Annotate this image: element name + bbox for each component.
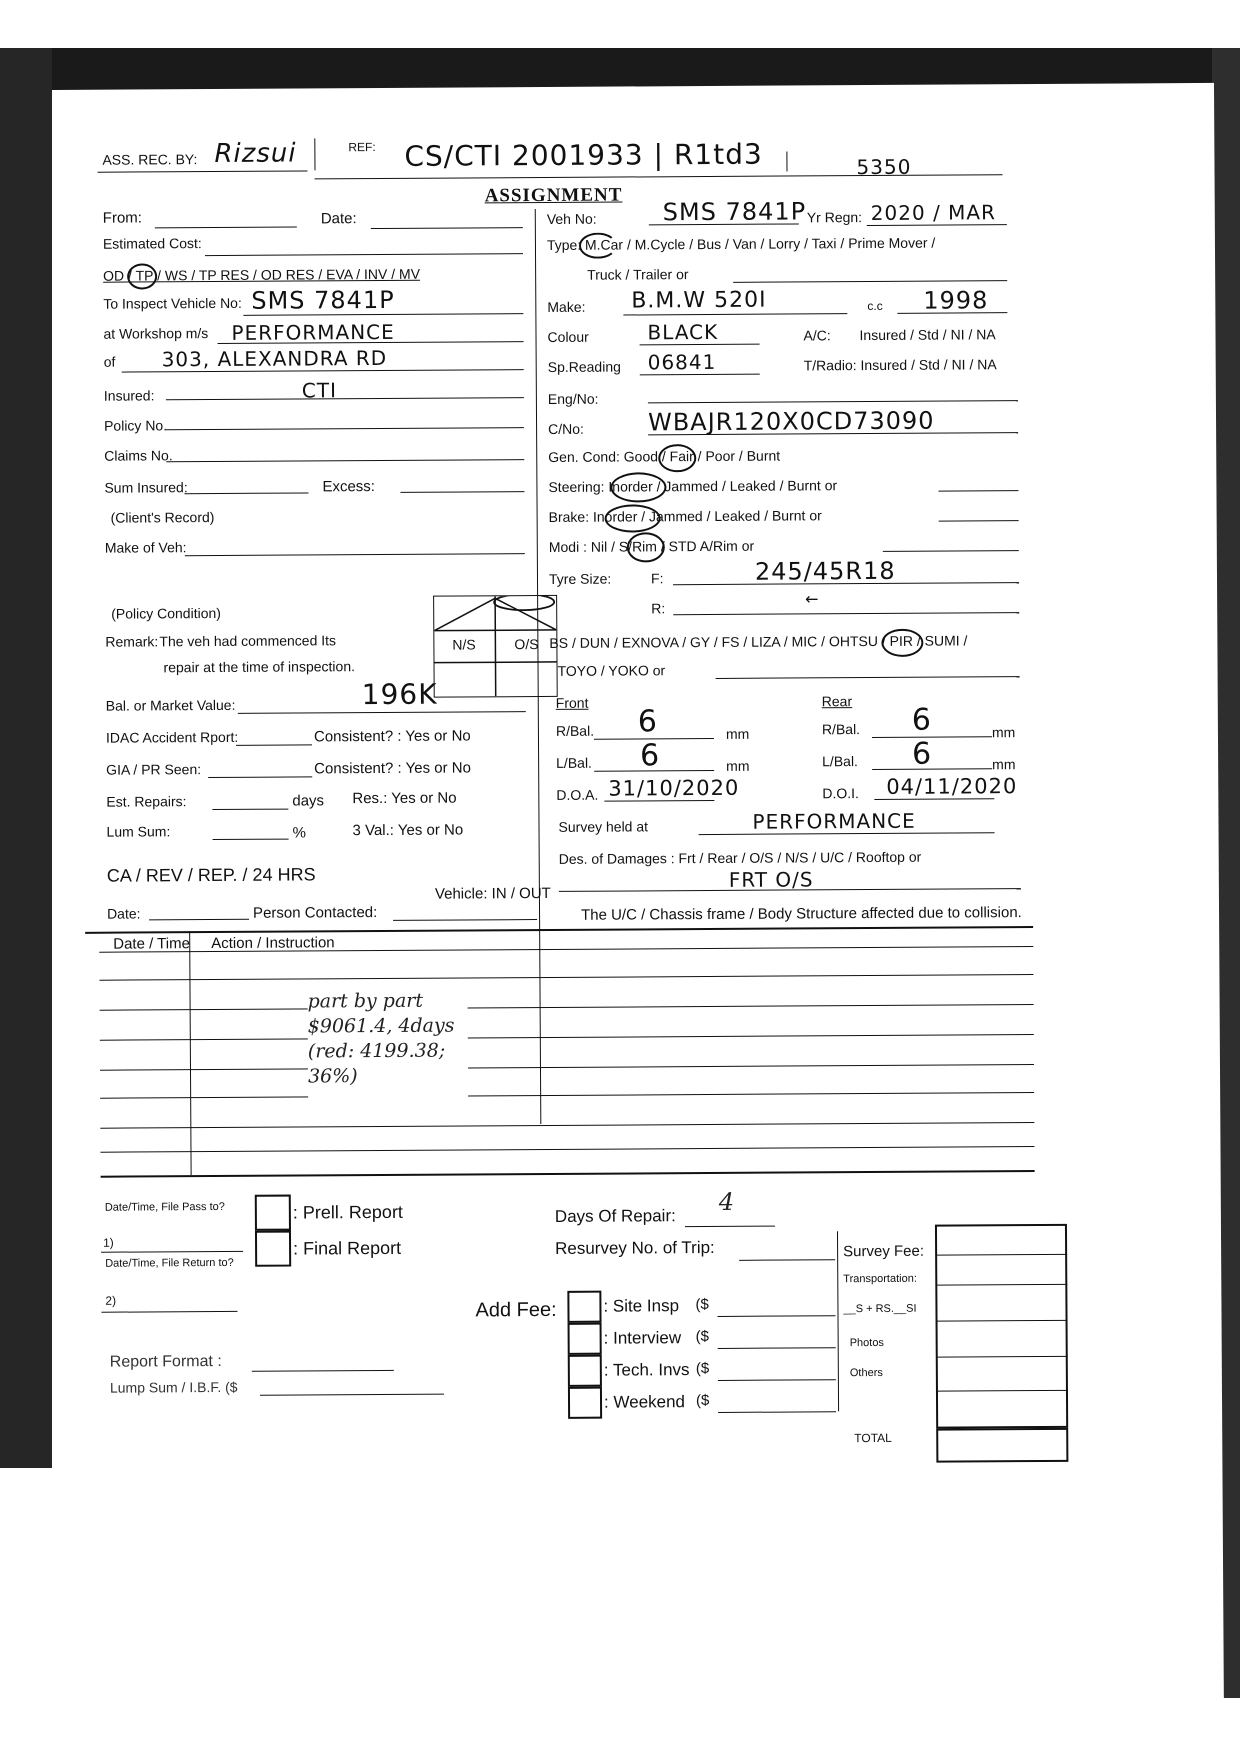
ac-label: A/C: — [803, 327, 830, 343]
market-value: 196K — [362, 678, 438, 711]
tech-invs-checkbox[interactable] — [568, 1355, 602, 1387]
modi-other-field[interactable] — [883, 550, 1019, 552]
doa-value: 31/10/2020 — [608, 776, 739, 801]
note-line: 36%) — [308, 1065, 358, 1087]
file-return-field[interactable] — [101, 1311, 237, 1313]
others-label: Others — [850, 1367, 883, 1379]
date2-label: Date: — [107, 905, 141, 921]
transportation-amount[interactable] — [937, 1284, 1067, 1286]
from-label: From: — [103, 209, 142, 226]
log-row[interactable] — [99, 974, 1033, 981]
file-pass-label: Date/Time, File Pass to? — [105, 1201, 225, 1214]
claims-no-label: Claims No. — [104, 447, 173, 463]
days-label: days — [292, 792, 324, 809]
weekend-amount[interactable] — [718, 1411, 836, 1413]
brake-other-field[interactable] — [939, 520, 1019, 521]
total-label: TOTAL — [854, 1431, 892, 1445]
policy-condition-label: (Policy Condition) — [111, 605, 221, 622]
form-title: ASSIGNMENT — [485, 185, 623, 208]
lum-sum-field[interactable] — [213, 839, 289, 840]
yr-regn-field[interactable] — [867, 224, 1007, 226]
make-value: B.M.W 520I — [631, 288, 766, 314]
cc-label: c.c — [867, 299, 882, 313]
rear-rbal-mm: mm — [992, 724, 1015, 740]
address-value: 303, ALEXANDRA RD — [162, 346, 388, 371]
doa-field[interactable] — [604, 800, 714, 802]
note-line: (red: 4199.38; — [308, 1040, 445, 1063]
insured-field[interactable] — [166, 397, 524, 400]
policy-no-label: Policy No. — [104, 417, 167, 433]
veh-no-value: SMS 7841P — [663, 197, 807, 226]
sum-insured-label: Sum Insured: — [104, 479, 187, 496]
note-block: part by part $9061.4, 4days (red: 4199.3… — [308, 989, 469, 1100]
lum-sum-label: Lum Sum: — [106, 823, 170, 839]
eng-no-field[interactable] — [648, 400, 1018, 403]
modi-selected-srim — [627, 532, 665, 562]
weekend-currency: ($ — [696, 1392, 709, 1409]
interview-amount[interactable] — [718, 1347, 836, 1349]
doi-label: D.O.I. — [822, 785, 859, 801]
site-insp-currency: ($ — [695, 1296, 708, 1313]
report-format-label: Report Format : — [110, 1353, 222, 1372]
sp-reading-label: Sp.Reading — [548, 359, 621, 375]
colour-label: Colour — [547, 329, 588, 345]
remark-line-2: repair at the time of inspection. — [163, 658, 355, 675]
three-val-yes-no[interactable]: 3 Val.: Yes or No — [352, 822, 463, 840]
inspect-vehicle-value: SMS 7841P — [251, 286, 395, 315]
rear-lbal-mm: mm — [992, 756, 1015, 772]
days-of-repair-field[interactable] — [685, 1226, 775, 1228]
market-value-field[interactable] — [238, 711, 526, 714]
from-field[interactable] — [155, 227, 297, 229]
est-repairs-label: Est. Repairs: — [106, 793, 186, 809]
tech-invs-currency: ($ — [696, 1360, 709, 1377]
others-amount[interactable] — [938, 1390, 1068, 1392]
interview-checkbox[interactable] — [568, 1323, 602, 1355]
sum-insured-field[interactable] — [184, 492, 308, 494]
type-selected-mcar — [579, 233, 617, 259]
clients-record-label: (Client's Record) — [111, 509, 215, 526]
ca-rev-rep-options[interactable]: CA / REV / REP. / 24 HRS — [107, 864, 316, 886]
vehicle-in-out[interactable]: Vehicle: IN / OUT — [435, 885, 551, 903]
idac-label: IDAC Accident Rport: — [106, 729, 238, 746]
doi-field[interactable] — [874, 798, 994, 800]
photos-amount[interactable] — [938, 1356, 1068, 1358]
site-insp-label: : Site Insp — [603, 1296, 679, 1316]
days-of-repair-label: Days Of Repair: — [555, 1206, 676, 1227]
log-row[interactable] — [100, 1122, 1034, 1129]
steering-selected-inorder — [610, 472, 666, 502]
ass-rec-by-label: ASS. REC. BY: — [102, 151, 197, 168]
interview-currency: ($ — [696, 1328, 709, 1345]
rear-label: Rear — [822, 693, 852, 709]
log-row[interactable] — [100, 1092, 1034, 1099]
policy-no-field[interactable] — [166, 427, 524, 430]
veh-no-label: Veh No: — [547, 211, 597, 227]
s-rs-amount[interactable] — [938, 1320, 1068, 1322]
front-rbal-mm: mm — [726, 726, 749, 742]
rear-rbal-value: 6 — [912, 703, 932, 738]
type-other-field[interactable] — [733, 280, 1007, 283]
brake-selected-inorder — [605, 504, 661, 532]
date2-field[interactable] — [149, 919, 249, 921]
prelim-report-checkbox[interactable] — [255, 1195, 291, 1231]
inspect-vehicle-label: To Inspect Vehicle No: — [103, 295, 242, 312]
est-repairs-field[interactable] — [212, 809, 288, 810]
lump-sum-label: Lump Sum / I.B.F. ($ — [110, 1379, 238, 1396]
tech-invs-amount[interactable] — [718, 1379, 836, 1381]
ass-rec-by-signature: Rizsui — [214, 139, 296, 170]
front-rbal-value: 6 — [638, 704, 658, 739]
transportation-label: Transportation: — [843, 1273, 917, 1285]
doa-label: D.O.A. — [556, 787, 598, 803]
remark-label: Remark: — [105, 633, 158, 649]
os-label: O/S — [514, 636, 538, 652]
survey-held-field[interactable] — [699, 832, 995, 835]
person-contacted-label: Person Contacted: — [253, 904, 377, 922]
tyre-r-label: R: — [651, 600, 665, 616]
lump-sum-field[interactable] — [260, 1394, 444, 1396]
log-row[interactable] — [100, 1064, 1034, 1071]
tyre-f-value: 245/45R18 — [755, 557, 896, 586]
resurvey-field[interactable] — [739, 1259, 835, 1261]
res-yes-no[interactable]: Res.: Yes or No — [352, 790, 456, 808]
note-line: $9061.4, 4days — [308, 1015, 455, 1038]
tradio-options[interactable]: T/Radio: Insured / Std / NI / NA — [804, 356, 997, 373]
total-amount[interactable] — [936, 1428, 1068, 1463]
site-insp-amount[interactable] — [718, 1315, 836, 1317]
estimated-cost-field[interactable] — [205, 253, 523, 256]
uc-statement[interactable]: The U/C / Chassis frame / Body Structure… — [581, 904, 1022, 924]
market-value-label: Bal. or Market Value: — [106, 697, 236, 714]
yr-regn-label: Yr Regn: — [807, 209, 862, 225]
remark-line-1: The veh had commenced Its — [159, 632, 336, 649]
excess-label: Excess: — [322, 478, 375, 495]
final-report-checkbox[interactable] — [255, 1231, 291, 1267]
steering-other-field[interactable] — [938, 490, 1018, 491]
insured-label: Insured: — [104, 387, 155, 403]
assignment-form: ASS. REC. BY: Rizsui REF: CS/CTI 2001933… — [52, 83, 1224, 1755]
col-date-time: Date / Time — [113, 935, 190, 952]
gen-cond-selected-fair — [658, 444, 696, 472]
photos-label: Photos — [850, 1337, 884, 1349]
person-contacted-field[interactable] — [393, 919, 537, 921]
col-action-instruction: Action / Instruction — [211, 934, 335, 952]
resurvey-label: Resurvey No. of Trip: — [555, 1238, 715, 1259]
rear-rbal-label: R/Bal. — [822, 721, 860, 737]
yr-regn-value: 2020 / MAR — [871, 200, 996, 225]
tech-invs-label: : Tech. Invs — [604, 1360, 690, 1381]
make-of-veh-label: Make of Veh: — [105, 539, 187, 555]
damages-value: FRT O/S — [729, 867, 814, 892]
front-lbal-mm: mm — [726, 758, 749, 774]
weekend-checkbox[interactable] — [568, 1387, 602, 1419]
sp-reading-field[interactable] — [640, 374, 760, 376]
damages-options[interactable]: Des. of Damages : Frt / Rear / O/S / N/S… — [559, 849, 922, 867]
log-row[interactable] — [100, 1146, 1034, 1153]
steering-options[interactable]: Steering: Inorder / Jammed / Leaked / Bu… — [548, 477, 837, 495]
ns-label: N/S — [452, 636, 475, 652]
fee-amounts-box — [935, 1224, 1068, 1429]
tyre-size-label: Tyre Size: — [549, 571, 611, 587]
tyre-brand-options-line2[interactable]: TOYO / YOKO or — [558, 662, 666, 679]
item-1-label: 1) — [103, 1236, 114, 1250]
tyre-brand-other-field[interactable] — [716, 676, 1020, 679]
log-row[interactable] — [100, 1034, 1034, 1041]
eng-no-label: Eng/No: — [548, 391, 599, 407]
gia-field[interactable] — [208, 776, 312, 778]
tyre-brand-selected-pir — [881, 629, 923, 657]
report-format-field[interactable] — [252, 1370, 394, 1372]
brake-options[interactable]: Brake: Inorder / Jammed / Leaked / Burnt… — [549, 507, 822, 525]
add-fee-label: Add Fee: — [475, 1299, 556, 1322]
tyre-r-ditto: ← — [805, 589, 820, 608]
colour-field[interactable] — [640, 344, 760, 346]
idac-field[interactable] — [236, 744, 312, 745]
sp-reading-value: 06841 — [648, 350, 717, 374]
doi-value: 04/11/2020 — [886, 774, 1017, 799]
type-label: Type: — [547, 237, 581, 253]
site-insp-checkbox[interactable] — [567, 1291, 601, 1323]
item-2-label: 2) — [105, 1294, 116, 1308]
add-fee-list: : Site Insp ($ : Interview ($ : Tech. In… — [567, 1289, 868, 1421]
c-no-label: C/No: — [548, 421, 584, 437]
file-return-label: Date/Time, File Return to? — [105, 1257, 234, 1270]
days-of-repair-value: 4 — [719, 1188, 734, 1216]
of-label: of — [104, 354, 116, 370]
claims-no-field[interactable] — [166, 459, 524, 462]
make-of-veh-field[interactable] — [185, 553, 525, 556]
file-pass-field[interactable] — [101, 1251, 243, 1253]
claim-type-selected-tp — [127, 263, 157, 289]
log-row[interactable] — [100, 1004, 1034, 1011]
type-options[interactable]: M.Car / M.Cycle / Bus / Van / Lorry / Ta… — [585, 235, 935, 253]
front-lbal-label: L/Bal. — [556, 755, 592, 771]
excess-field[interactable] — [400, 491, 524, 493]
cc-value: 1998 — [923, 286, 988, 314]
survey-held-value: PERFORMANCE — [752, 809, 915, 834]
estimated-cost-label: Estimated Cost: — [103, 235, 202, 252]
rear-lbal-value: 6 — [912, 737, 932, 772]
percent-label: % — [292, 824, 305, 841]
gia-label: GIA / PR Seen: — [106, 761, 201, 778]
front-rbal-label: R/Bal. — [556, 723, 594, 739]
date-field[interactable] — [371, 227, 523, 229]
type-options-line2[interactable]: Truck / Trailer or — [587, 266, 688, 283]
front-label: Front — [556, 695, 589, 711]
log-row[interactable] — [101, 1170, 1035, 1178]
survey-fee-label: Survey Fee: — [843, 1243, 924, 1260]
colour-value: BLACK — [647, 320, 718, 344]
ref-label: REF: — [348, 140, 375, 154]
ref-value[interactable]: CS/CTI 2001933 | R1td3 — [404, 138, 763, 173]
note-line: part by part — [308, 990, 424, 1013]
survey-held-label: Survey held at — [558, 818, 648, 835]
workshop-label: at Workshop m/s — [103, 325, 208, 342]
interview-label: : Interview — [604, 1328, 682, 1348]
date-label: Date: — [321, 210, 357, 227]
prelim-report-label: : Prell. Report — [293, 1202, 403, 1224]
final-report-label: : Final Report — [293, 1238, 401, 1260]
side-diagram: N/S O/S — [433, 595, 558, 698]
rear-lbal-label: L/Bal. — [822, 753, 858, 769]
scan-border-left — [0, 48, 52, 1468]
front-lbal-value: 6 — [640, 738, 660, 773]
make-label: Make: — [547, 299, 585, 315]
make-field[interactable] — [623, 313, 847, 315]
tyre-f-label: F: — [651, 570, 664, 586]
gia-consistent[interactable]: Consistent? : Yes or No — [314, 759, 471, 777]
weekend-label: : Weekend — [604, 1392, 685, 1412]
s-rs-label: __S + RS.__SI — [843, 1303, 916, 1315]
tyre-r-field[interactable] — [673, 612, 1019, 615]
idac-consistent[interactable]: Consistent? : Yes or No — [314, 727, 471, 745]
ac-options[interactable]: Insured / Std / NI / NA — [859, 326, 995, 343]
survey-fee-amount[interactable] — [937, 1254, 1067, 1256]
